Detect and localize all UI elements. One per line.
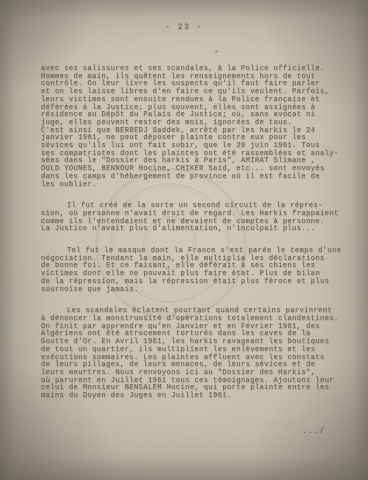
text-line: sournoise que jamais. <box>41 287 353 295</box>
text-line: mains du Doyen des Juges en Juillet 1961… <box>41 393 353 401</box>
paragraph: Il fut créé de la sorte un second circui… <box>41 203 353 234</box>
text-line: les oublier. <box>41 182 353 190</box>
paragraph: Tel fut le masque dont la France s'est p… <box>41 248 353 294</box>
paragraph: Les scandales éclatent pourtant quand ce… <box>41 308 353 400</box>
scanned-document-page: - 23 - * avec ses salissures et ses scan… <box>0 0 368 480</box>
text-block: avec ses salissures et ses scandales, à … <box>41 66 353 415</box>
continuation-mark: .../ <box>302 427 325 436</box>
paragraph: avec ses salissures et ses scandales, à … <box>41 66 353 189</box>
stray-mark: * <box>214 50 219 59</box>
page-number: - 23 - <box>0 23 368 32</box>
text-line: La Justice n'avait plus d'alimentation, … <box>41 226 353 234</box>
